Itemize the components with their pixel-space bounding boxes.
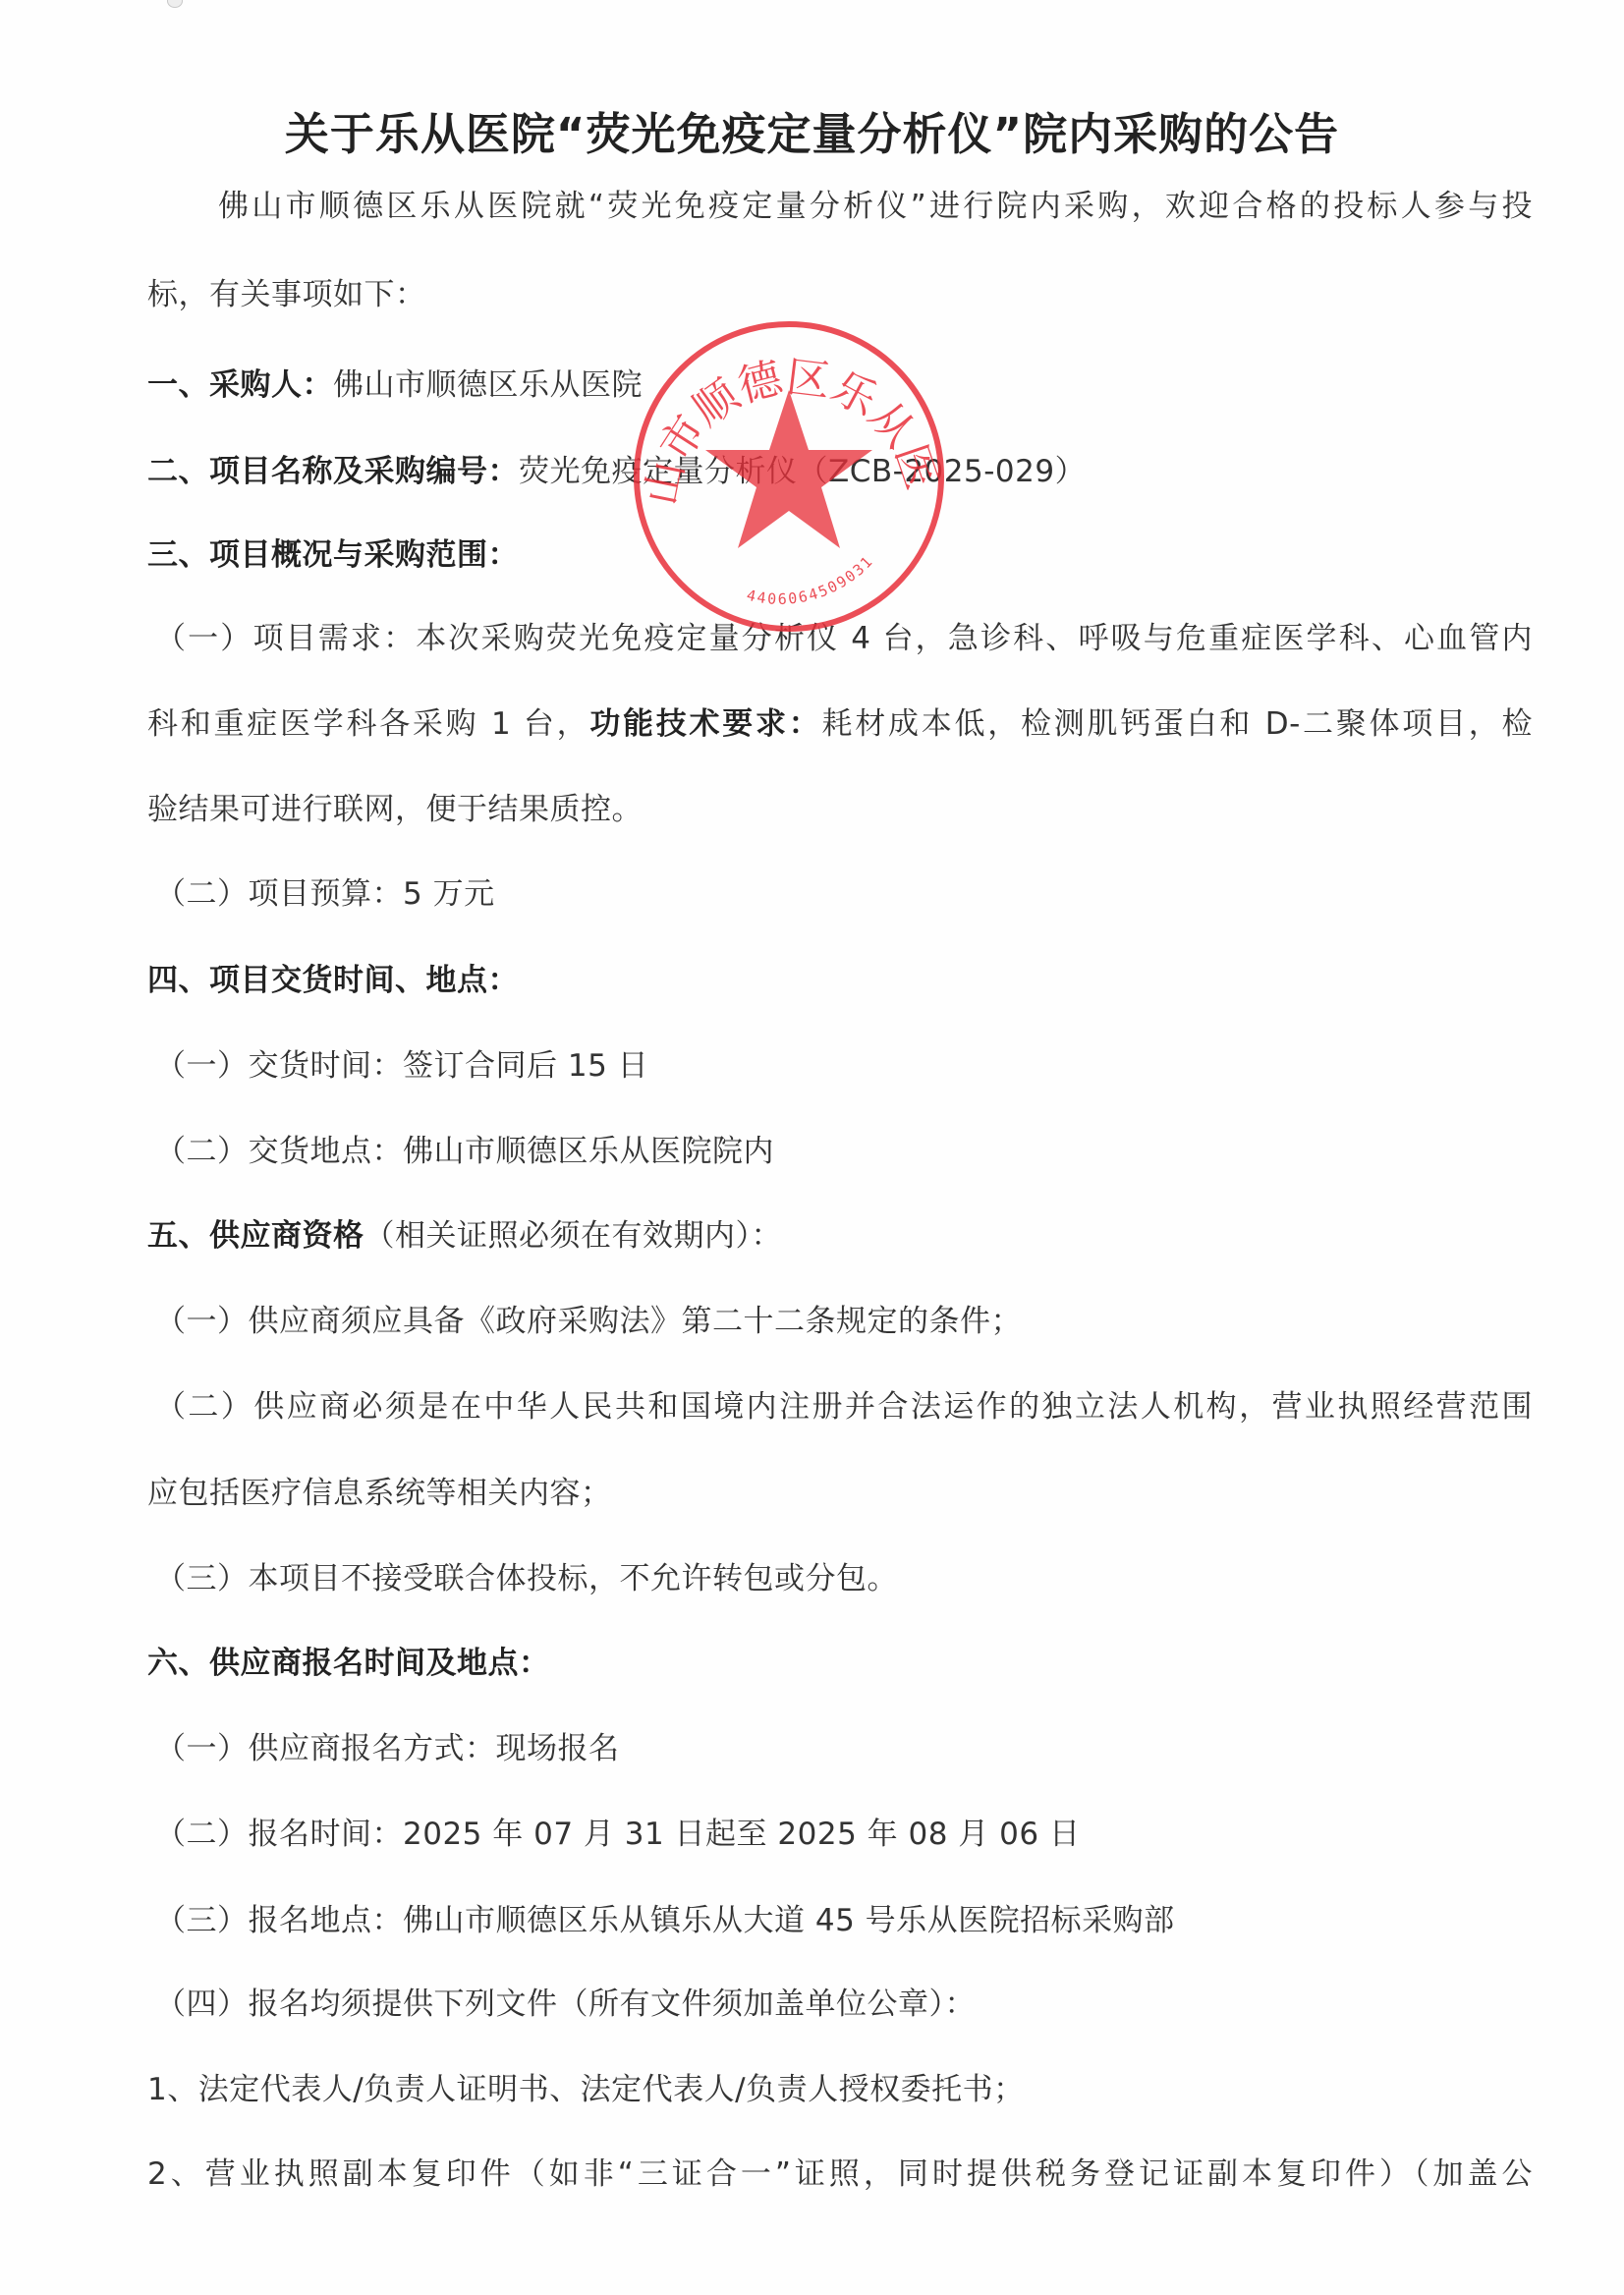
section-3-item-1-line-3: 验结果可进行联网，便于结果质控。 <box>147 790 1533 829</box>
section-2-heading: 二、项目名称及采购编号： <box>147 454 519 489</box>
document-page: 关于乐从医院“荧光免疫定量分析仪”院内采购的公告 佛山市顺德区乐从医院就“荧光免… <box>0 0 1624 2295</box>
section-4-heading: 四、项目交货时间、地点： <box>147 961 1533 1000</box>
intro-line-2: 标，有关事项如下： <box>147 275 1533 314</box>
document-title: 关于乐从医院“荧光免疫定量分析仪”院内采购的公告 <box>0 98 1624 162</box>
section-6-item-3: （三）报名地点：佛山市顺德区乐从镇乐从大道 45 号乐从医院招标采购部 <box>155 1901 1540 1940</box>
section-5: 五、供应商资格（相关证照必须在有效期内）： <box>147 1216 1533 1256</box>
section-5-heading: 五、供应商资格 <box>147 1218 364 1254</box>
section-5-item-1: （一）供应商须应具备《政府采购法》第二十二条规定的条件； <box>155 1302 1540 1341</box>
scan-binding-mark <box>167 0 183 8</box>
section-5-item-2-line-1: （二）供应商必须是在中华人民共和国境内注册并合法运作的独立法人机构，营业执照经营… <box>155 1387 1533 1427</box>
section-6-heading: 六、供应商报名时间及地点： <box>147 1644 1533 1683</box>
section-2-text: 荧光免疫定量分析仪（ZCB-2025-029） <box>519 454 1086 489</box>
section-1: 一、采购人：佛山市顺德区乐从医院 <box>147 365 1533 405</box>
section-6-doc-1: 1、法定代表人/负责人证明书、法定代表人/负责人授权委托书； <box>147 2070 1533 2109</box>
section-3-item-1-line-1: （一）项目需求：本次采购荧光免疫定量分析仪 4 台，急诊科、呼吸与危重症医学科、… <box>155 619 1533 658</box>
section-4-item-1: （一）交货时间：签订合同后 15 日 <box>155 1046 1540 1086</box>
section-5-item-3: （三）本项目不接受联合体投标，不允许转包或分包。 <box>155 1559 1540 1598</box>
section-4-item-2: （二）交货地点：佛山市顺德区乐从医院院内 <box>155 1132 1540 1171</box>
section-3-item-1-line-2: 科和重症医学科各采购 1 台，功能技术要求：耗材成本低，检测肌钙蛋白和 D-二聚… <box>147 704 1533 744</box>
section-6-item-4: （四）报名均须提供下列文件（所有文件须加盖单位公章）： <box>155 1985 1540 2024</box>
item-text: 科和重症医学科各采购 1 台， <box>147 706 589 742</box>
tech-requirements-label: 功能技术要求： <box>589 706 821 742</box>
section-5-heading-note: （相关证照必须在有效期内）： <box>364 1218 783 1254</box>
section-3-item-2: （二）项目预算：5 万元 <box>155 874 1540 914</box>
section-6-item-1: （一）供应商报名方式：现场报名 <box>155 1729 1540 1768</box>
section-5-item-2-line-2: 应包括医疗信息系统等相关内容； <box>147 1474 1533 1513</box>
section-6-item-2: （二）报名时间：2025 年 07 月 31 日起至 2025 年 08 月 0… <box>155 1815 1540 1854</box>
item-text: 耗材成本低，检测肌钙蛋白和 D-二聚体项目，检 <box>822 706 1533 742</box>
section-3-heading: 三、项目概况与采购范围： <box>147 535 1533 575</box>
section-2: 二、项目名称及采购编号：荧光免疫定量分析仪（ZCB-2025-029） <box>147 452 1533 491</box>
section-1-heading: 一、采购人： <box>147 367 333 403</box>
section-6-doc-2: 2、营业执照副本复印件（如非“三证合一”证照，同时提供税务登记证副本复印件）（加… <box>147 2155 1533 2194</box>
section-1-text: 佛山市顺德区乐从医院 <box>333 367 643 403</box>
intro-line-1: 佛山市顺德区乐从医院就“荧光免疫定量分析仪”进行院内采购，欢迎合格的投标人参与投 <box>218 187 1533 226</box>
